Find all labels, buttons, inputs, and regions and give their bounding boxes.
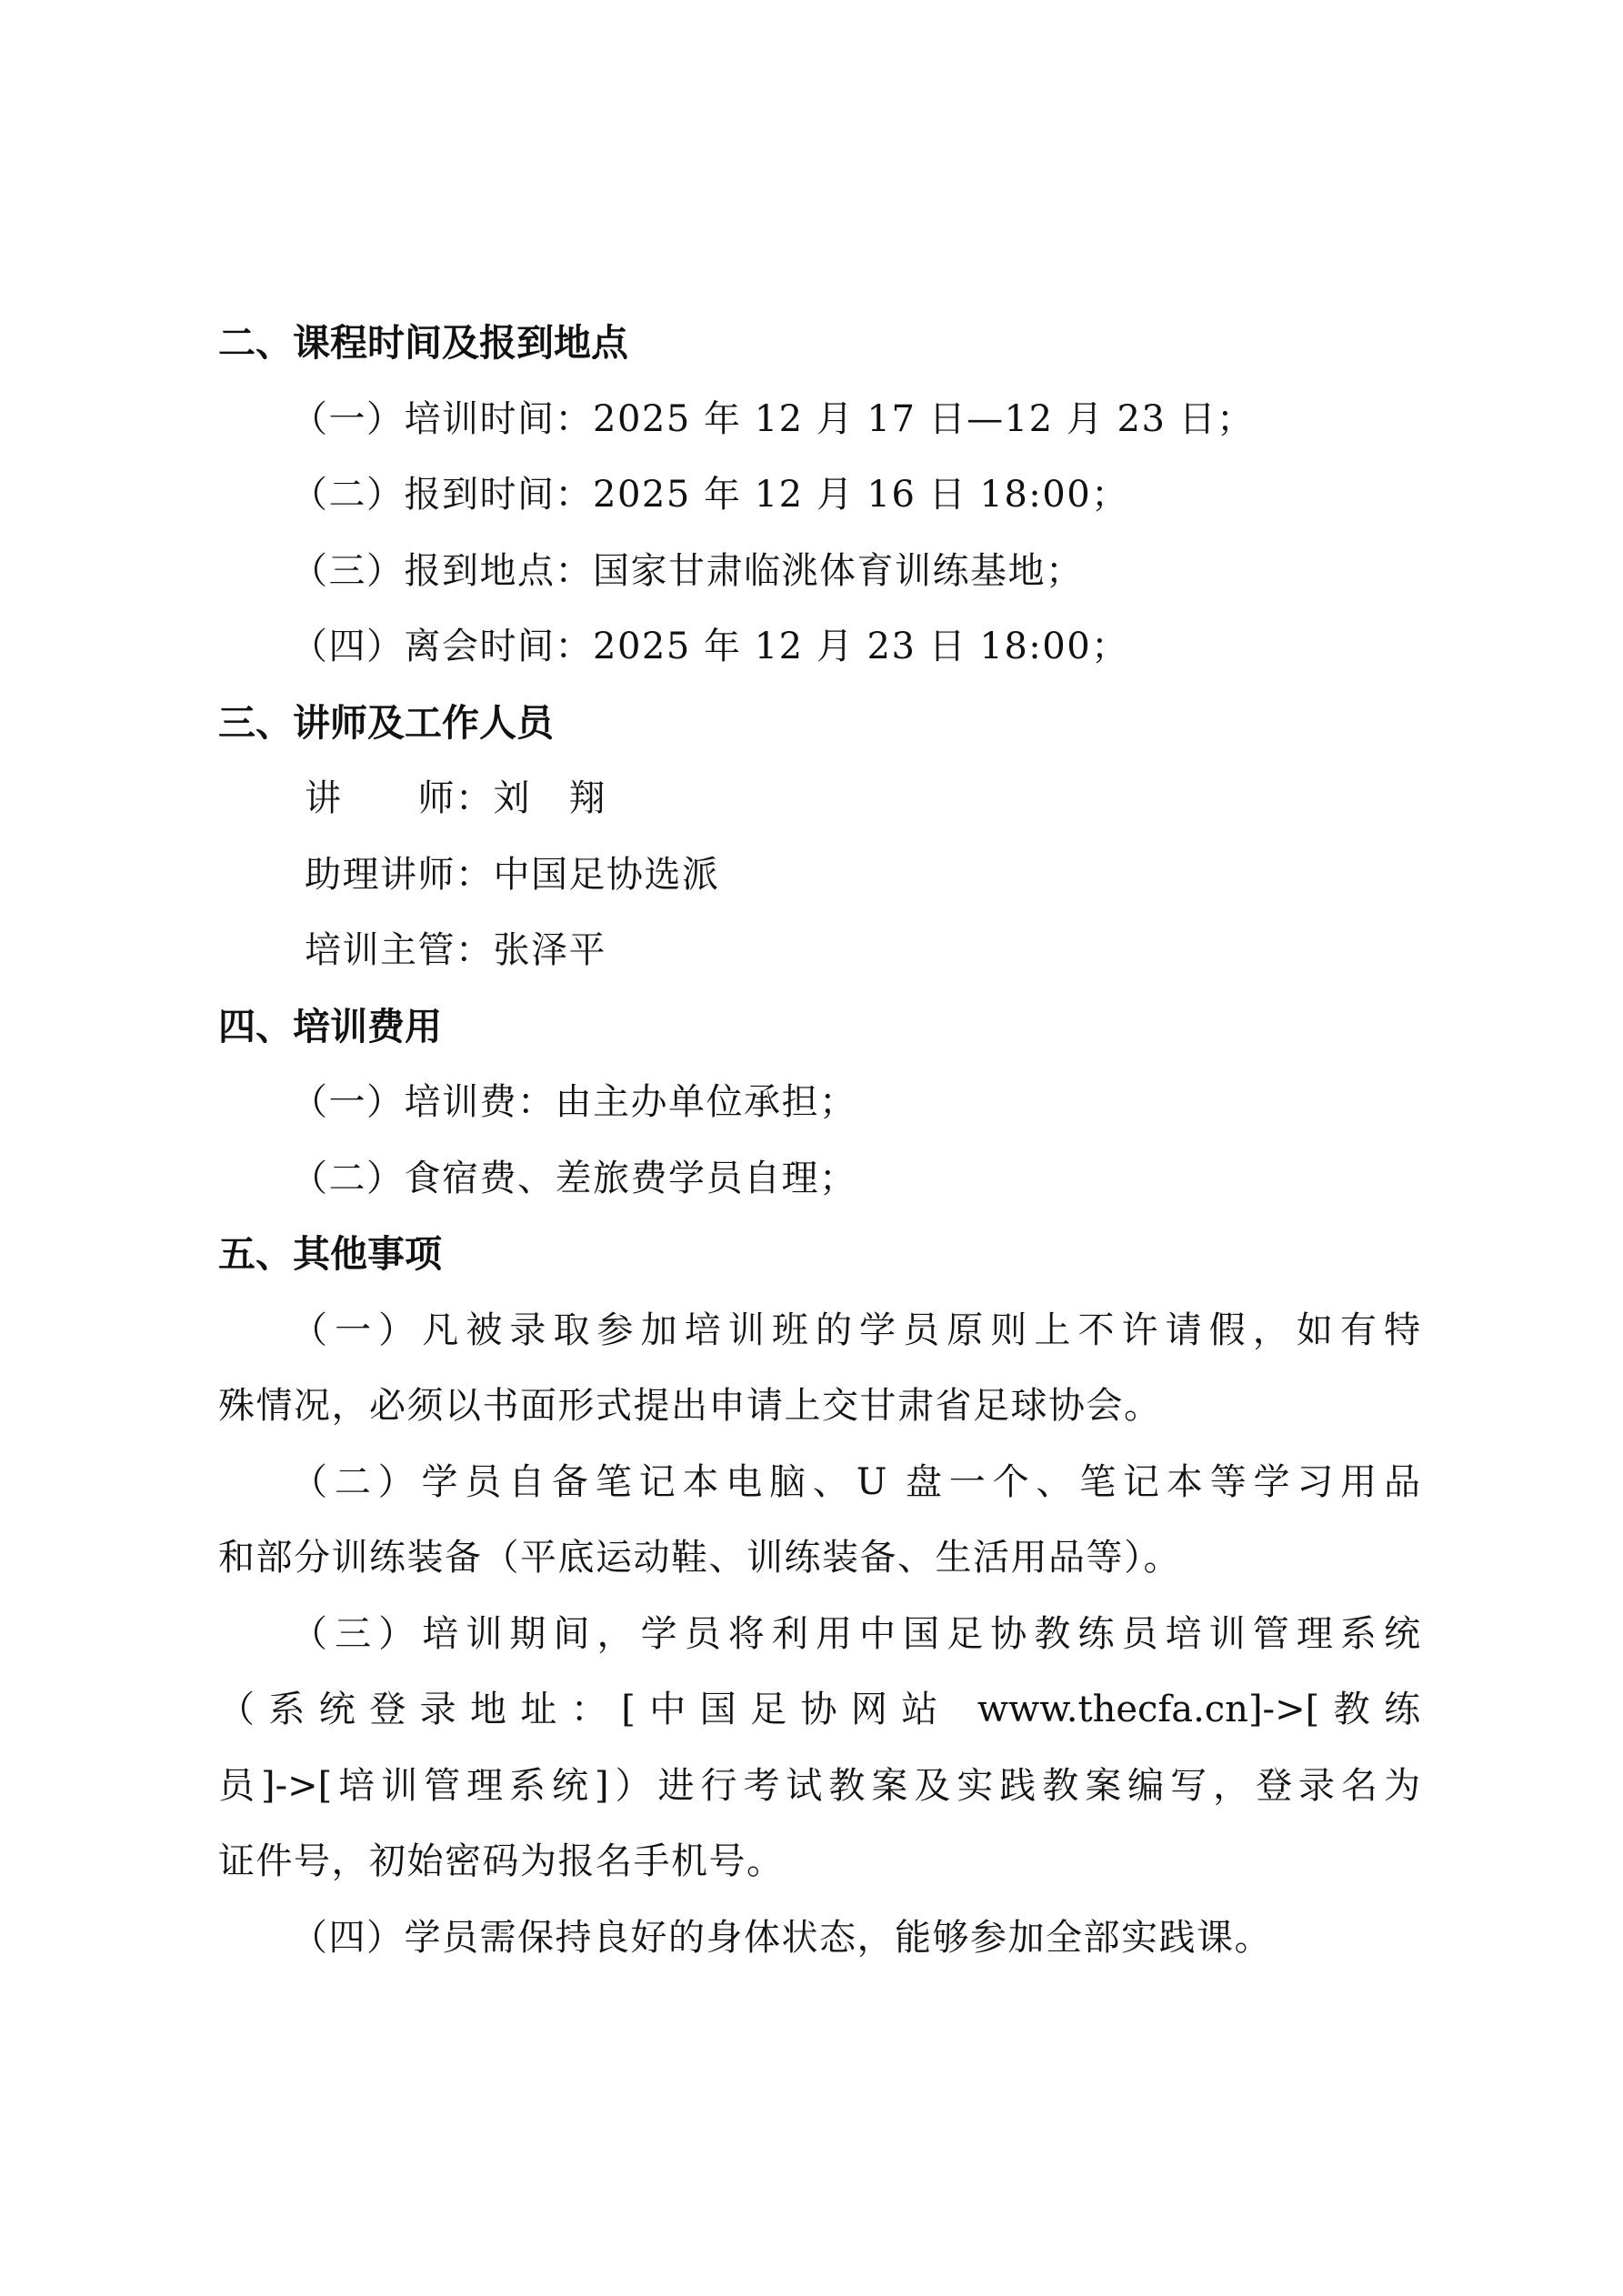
paragraph-line: （一）凡被录取参加培训班的学员原则上不许请假，如有特 — [218, 1293, 1420, 1369]
staff-role: 培训主管： — [305, 929, 494, 971]
paragraph-line-url: （系统登录地址：[中国足协网站 www.thecfa.cn]->[教练 — [218, 1672, 1420, 1749]
paragraph-line: （四）学员需保持良好的身体状态，能够参加全部实践课。 — [218, 1900, 1423, 1977]
paragraph-line: 和部分训练装备（平底运动鞋、训练装备、生活用品等）。 — [218, 1520, 1423, 1597]
schedule-checkin-location: （三）报到地点：国家甘肃临洮体育训练基地； — [218, 534, 1423, 610]
staff-role: 讲 师： — [305, 777, 494, 819]
paragraph-equipment: （二）学员自备笔记本电脑、U 盘一个、笔记本等学习用品 和部分训练装备（平底运动… — [218, 1445, 1423, 1597]
schedule-training-time: （一）培训时间：2025 年 12 月 17 日—12 月 23 日； — [218, 382, 1423, 458]
staff-name: 刘 翔 — [494, 777, 607, 819]
fee-accommodation: （二）食宿费、差旅费学员自理； — [218, 1141, 1423, 1218]
staff-role: 助理讲师： — [305, 854, 494, 896]
schedule-departure-time: （四）离会时间：2025 年 12 月 23 日 18:00； — [218, 609, 1423, 686]
paragraph-system: （三）培训期间，学员将利用中国足协教练员培训管理系统 （系统登录地址：[中国足协… — [218, 1597, 1423, 1900]
staff-row-lecturer: 讲 师：刘 翔 — [218, 761, 1423, 837]
paragraph-line: 证件号，初始密码为报名手机号。 — [218, 1824, 1423, 1900]
paragraph-line: （三）培训期间，学员将利用中国足协教练员培训管理系统 — [218, 1597, 1420, 1673]
paragraph-health: （四）学员需保持良好的身体状态，能够参加全部实践课。 — [218, 1900, 1423, 1977]
schedule-checkin-time: （二）报到时间：2025 年 12 月 16 日 18:00； — [218, 457, 1423, 534]
paragraph-line: 殊情况，必须以书面形式提出申请上交甘肃省足球协会。 — [218, 1369, 1423, 1445]
section-heading-fees: 四、培训费用 — [218, 989, 1423, 1066]
staff-name: 中国足协选派 — [494, 854, 720, 896]
staff-row-supervisor: 培训主管：张泽平 — [218, 913, 1423, 989]
document-page: 二、课程时间及报到地点 （一）培训时间：2025 年 12 月 17 日—12 … — [0, 0, 1623, 2296]
document-body: 二、课程时间及报到地点 （一）培训时间：2025 年 12 月 17 日—12 … — [218, 306, 1423, 1976]
section-heading-staff: 三、讲师及工作人员 — [218, 686, 1423, 762]
staff-name: 张泽平 — [494, 929, 607, 971]
section-heading-schedule: 二、课程时间及报到地点 — [218, 306, 1423, 382]
section-heading-other: 五、其他事项 — [218, 1217, 1423, 1293]
paragraph-leave-policy: （一）凡被录取参加培训班的学员原则上不许请假，如有特 殊情况，必须以书面形式提出… — [218, 1293, 1423, 1445]
staff-row-assistant: 助理讲师：中国足协选派 — [218, 837, 1423, 914]
paragraph-line: （二）学员自备笔记本电脑、U 盘一个、笔记本等学习用品 — [218, 1445, 1420, 1521]
paragraph-line: 员]->[培训管理系统]）进行考试教案及实践教案编写，登录名为 — [218, 1749, 1420, 1825]
fee-training: （一）培训费：由主办单位承担； — [218, 1065, 1423, 1141]
